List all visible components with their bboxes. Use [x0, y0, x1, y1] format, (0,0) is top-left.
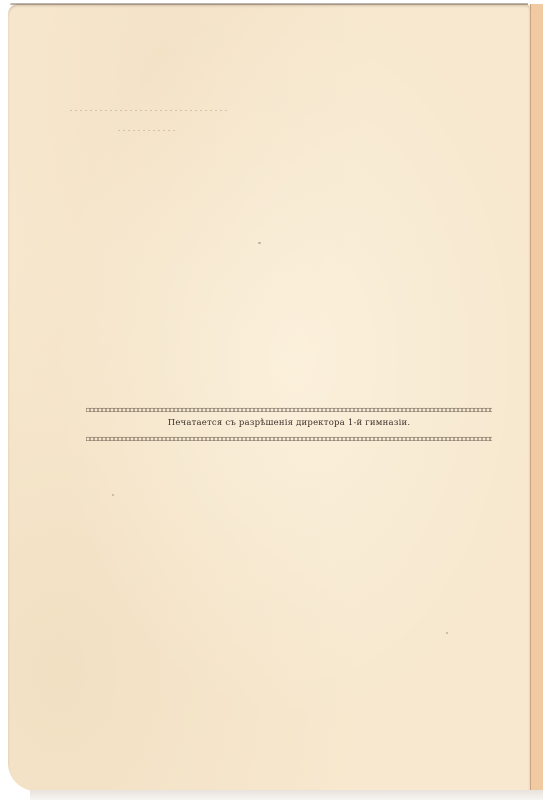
- paper-speck: [112, 494, 114, 496]
- page-top-edge: [10, 3, 528, 5]
- scanned-page: Печатается съ разрѣшенія директора 1-й г…: [0, 0, 543, 800]
- wavy-rule-top: [86, 406, 492, 412]
- bleed-through-line: [70, 110, 230, 111]
- bottom-shadow: [30, 790, 543, 800]
- printing-permission-notice: Печатается съ разрѣшенія директора 1-й г…: [86, 406, 492, 441]
- paper-speck: [446, 632, 448, 634]
- paper-sheet: [8, 4, 530, 791]
- wavy-rule-bottom: [86, 435, 492, 441]
- paper-speck: [258, 242, 261, 244]
- bleed-through-line: [118, 130, 178, 131]
- notice-text: Печатается съ разрѣшенія директора 1-й г…: [86, 412, 492, 435]
- book-spine: [530, 4, 543, 791]
